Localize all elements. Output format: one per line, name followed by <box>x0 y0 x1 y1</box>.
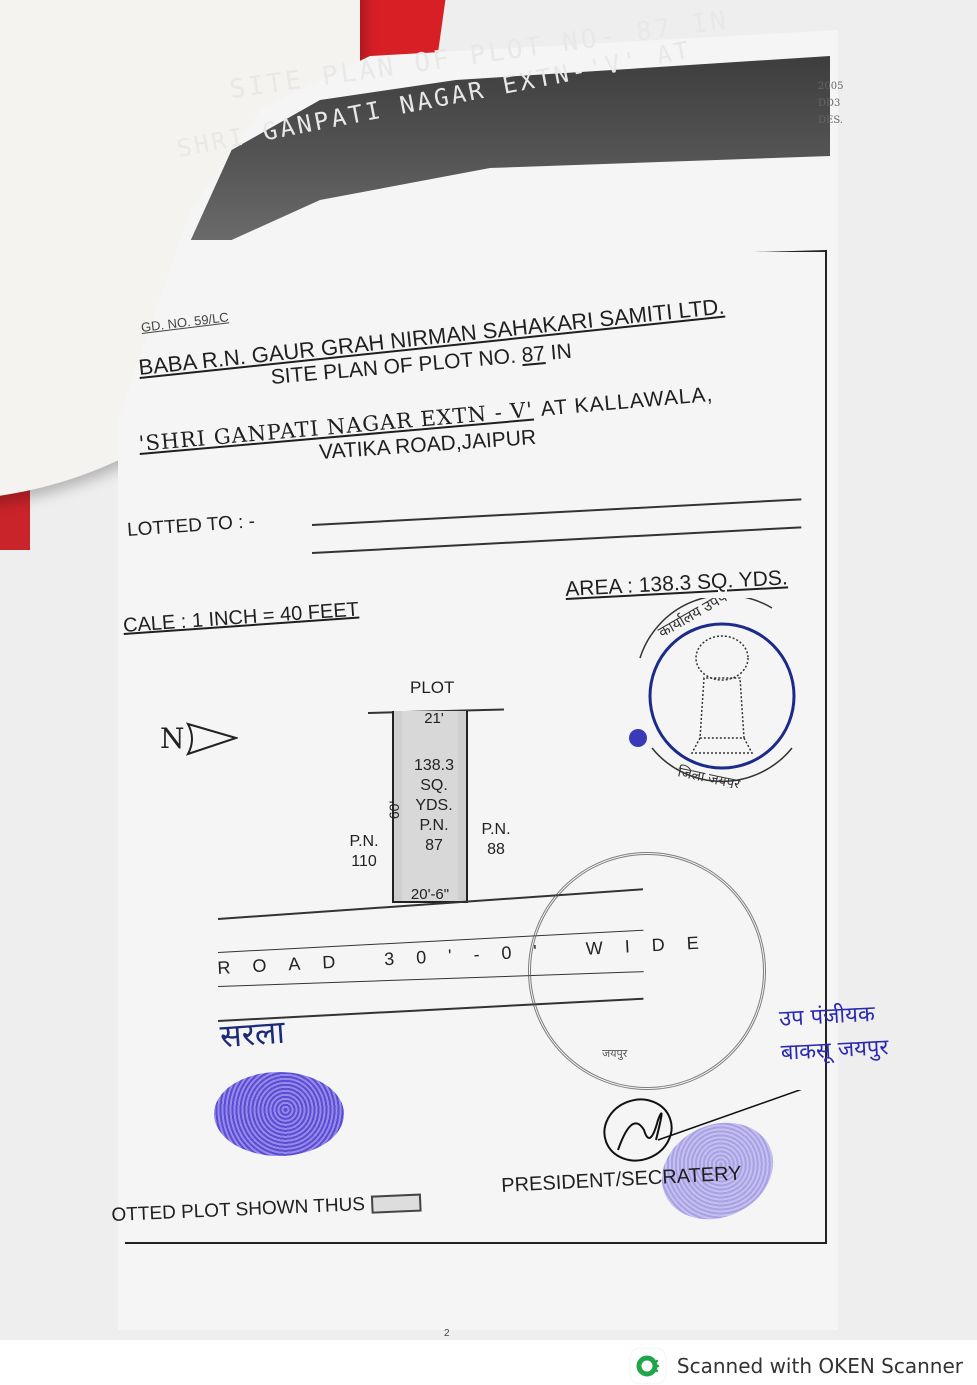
emblem-top-text: कार्यालय उपपंजीयक <box>655 598 761 641</box>
site-plan-suffix: IN <box>550 340 573 365</box>
front-width: 21' <box>394 710 474 727</box>
seal-line-2: बाकसू जयपुर <box>780 1031 889 1071</box>
right-neighbour-prefix: P.N. <box>476 820 516 840</box>
left-neighbour-plot: P.N. 110 <box>344 832 384 872</box>
subject-plot-number: 87 <box>404 836 464 856</box>
scanner-watermark: Scanned with OKEN Scanner <box>631 1349 963 1383</box>
right-neighbour-plot: P.N. 88 <box>476 820 516 860</box>
scanner-label: Scanned with OKEN Scanner <box>677 1354 963 1378</box>
legend-swatch <box>371 1193 422 1213</box>
plot-area: 138.3 SQ. YDS. P.N. 87 <box>404 756 464 856</box>
oken-scanner-logo-icon <box>631 1349 665 1383</box>
page-number: 2 <box>444 1328 450 1339</box>
side-reference: 2005 DD3 DES. <box>818 78 843 129</box>
allottee-thumbprint <box>214 1072 344 1156</box>
plot-area-unit: YDS. <box>404 796 464 816</box>
scanner-footer: Scanned with OKEN Scanner <box>0 1340 977 1385</box>
north-label: N <box>160 722 185 755</box>
plot-heading: PLOT <box>410 678 454 698</box>
north-arrow: N <box>160 722 185 755</box>
round-seal-text: जयपुर <box>602 1046 627 1061</box>
seal-line-1: उप पंजीयक <box>778 997 887 1037</box>
plot-depth: 60' <box>386 790 402 830</box>
right-neighbour-number: 88 <box>476 840 516 860</box>
left-neighbour-prefix: P.N. <box>344 832 384 852</box>
plot-number: 87 <box>521 342 546 367</box>
registrar-emblem-stamp: कार्यालय उपपंजीयक जिला जयपुर <box>622 598 812 788</box>
side-ref-line: DES. <box>818 112 843 129</box>
side-ref-line: 2005 <box>818 78 843 95</box>
left-neighbour-number: 110 <box>344 852 384 872</box>
society-round-seal <box>528 852 766 1090</box>
scanned-photo: SITE PLAN OF PLOT NO- 87 IN SHRI GANPATI… <box>0 0 977 1340</box>
allottee-signature-hindi: सरला <box>219 1010 287 1057</box>
subject-plot-prefix: P.N. <box>404 816 464 836</box>
north-arrow-icon <box>182 720 238 760</box>
plot-area-value: 138.3 <box>404 756 464 776</box>
side-ref-line: DD3 <box>818 95 843 112</box>
plot-area-unit: SQ. <box>404 776 464 796</box>
sub-registrar-seal: उप पंजीयक बाकसू जयपुर <box>778 997 889 1071</box>
